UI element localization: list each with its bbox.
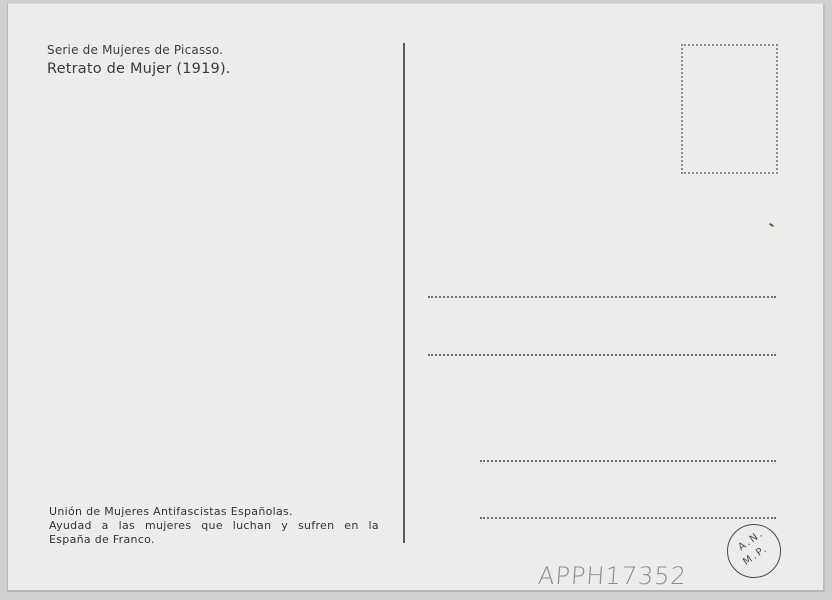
center-divider	[403, 43, 405, 543]
word: la	[369, 519, 379, 533]
stamp-box	[681, 44, 778, 174]
word: a	[102, 519, 109, 533]
catalog-number: APPH17352	[537, 562, 688, 590]
word: y	[281, 519, 288, 533]
address-line-3	[480, 460, 776, 462]
publisher-slogan-line: Ayudad a las mujeres que luchan y sufren…	[49, 519, 379, 533]
word: Ayudad	[49, 519, 92, 533]
series-caption: Serie de Mujeres de Picasso.	[47, 43, 223, 57]
artwork-title: Retrato de Mujer (1919).	[47, 61, 231, 77]
publisher-slogan-end: España de Franco.	[49, 533, 381, 547]
address-line-1	[428, 296, 776, 298]
word: que	[201, 519, 223, 533]
word: las	[119, 519, 135, 533]
word: sufren	[298, 519, 334, 533]
address-line-4	[480, 517, 776, 519]
collection-stamp: A.N. M.P.	[727, 524, 781, 578]
word: mujeres	[145, 519, 191, 533]
publisher-name: Unión de Mujeres Antifascistas Españolas…	[49, 505, 381, 519]
address-line-2	[428, 354, 776, 356]
page: Serie de Mujeres de Picasso. Retrato de …	[0, 0, 832, 600]
publisher-text: Unión de Mujeres Antifascistas Españolas…	[49, 505, 381, 547]
word: luchan	[233, 519, 272, 533]
word: en	[344, 519, 358, 533]
